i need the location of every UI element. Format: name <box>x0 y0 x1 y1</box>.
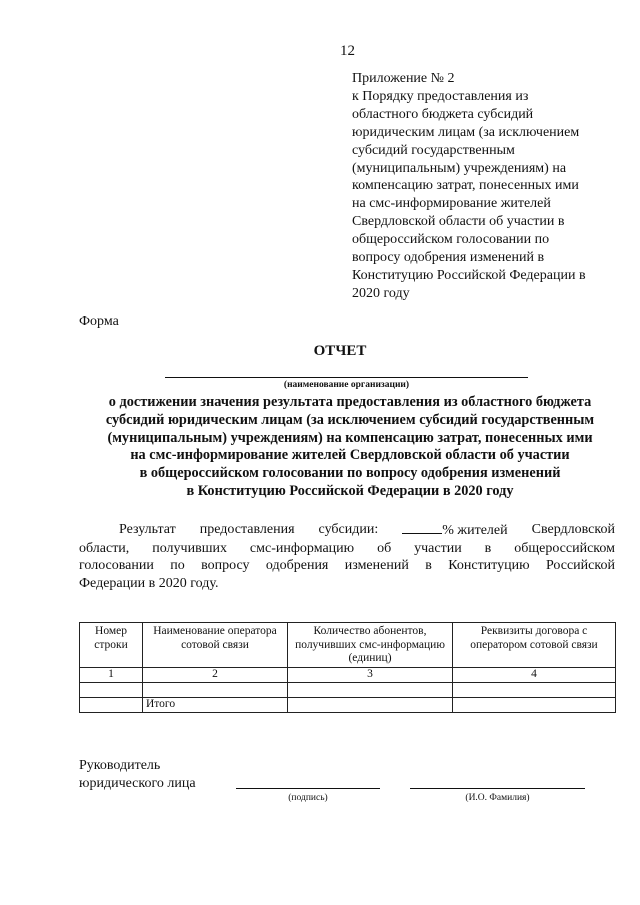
header-subscriber-count: Количество абонентов, получивших смс-инф… <box>288 623 453 668</box>
appendix-line: компенсацию затрат, понесенных ими <box>352 177 622 195</box>
name-caption: (И.О. Фамилия) <box>410 793 585 803</box>
word: области, <box>79 540 129 558</box>
result-line-3: голосовании по вопросу одобрения изменен… <box>79 557 615 575</box>
subtitle-line: в Конституцию Российской Федерации в 202… <box>70 483 630 501</box>
word: голосовании <box>79 557 154 575</box>
appendix-line: Приложение № 2 <box>352 70 622 88</box>
signatory-line: Руководитель <box>79 757 196 775</box>
word: субсидии: <box>319 521 379 540</box>
word: вопросу <box>201 557 249 575</box>
word: Конституцию <box>448 557 529 575</box>
total-label: Итого <box>143 698 288 713</box>
word: в <box>425 557 432 575</box>
subtitle-line: на смс-информирование жителей Свердловск… <box>70 447 630 465</box>
table-cell: 3 <box>288 668 453 683</box>
word: смс-информацию <box>250 540 354 558</box>
table-header-row: Номер строки Наименование оператора сото… <box>80 623 616 668</box>
percent-group: % жителей <box>402 521 507 540</box>
organization-caption: (наименование организации) <box>165 380 528 390</box>
appendix-note: Приложение № 2 к Порядку предоставления … <box>352 70 622 303</box>
word: участии <box>414 540 462 558</box>
table-cell: 2 <box>143 668 288 683</box>
result-line-4: Федерации в 2020 году. <box>79 575 615 593</box>
appendix-line: Конституцию Российской Федерации в <box>352 267 622 285</box>
header-contract-details: Реквизиты договора с оператором сотовой … <box>453 623 616 668</box>
table-cell: 4 <box>453 668 616 683</box>
appendix-line: юридическим лицам (за исключением <box>352 124 622 142</box>
subtitle-line: (муниципальным) учреждениям) на компенса… <box>70 430 630 448</box>
word: Российской <box>546 557 615 575</box>
appendix-line: общероссийском голосовании по <box>352 231 622 249</box>
report-subtitle: о достижении значения результата предост… <box>70 394 630 501</box>
signatory-label: Руководитель юридического лица <box>79 757 196 793</box>
signatory-line: юридического лица <box>79 775 196 793</box>
signature-caption: (подпись) <box>236 793 380 803</box>
word: Свердловской <box>532 521 615 540</box>
result-line-1: Результат предоставления субсидии: % жит… <box>79 521 615 540</box>
header-row-number: Номер строки <box>80 623 143 668</box>
report-title: ОТЧЕТ <box>0 343 640 360</box>
table-cell[interactable] <box>80 683 143 698</box>
appendix-line: к Порядку предоставления из <box>352 88 622 106</box>
result-paragraph: Результат предоставления субсидии: % жит… <box>79 521 615 592</box>
header-operator-name: Наименование оператора сотовой связи <box>143 623 288 668</box>
table-row <box>80 683 616 698</box>
word: предоставления <box>200 521 295 540</box>
appendix-line: 2020 году <box>352 285 622 303</box>
word: % жителей <box>442 523 507 538</box>
appendix-line: на смс-информирование жителей <box>352 195 622 213</box>
name-field[interactable] <box>410 788 585 789</box>
appendix-line: вопросу одобрения изменений в <box>352 249 622 267</box>
word: общероссийском <box>514 540 615 558</box>
word: изменений <box>345 557 409 575</box>
word: об <box>377 540 391 558</box>
table-row: 1 2 3 4 <box>80 668 616 683</box>
word: по <box>170 557 185 575</box>
result-line-2: области, получивших смс-информацию об уч… <box>79 540 615 558</box>
table-cell: 1 <box>80 668 143 683</box>
page-number: 12 <box>340 43 355 60</box>
organization-name-field[interactable] <box>165 377 528 378</box>
word: в <box>485 540 492 558</box>
table-cell[interactable] <box>453 683 616 698</box>
subtitle-line: о достижении значения результата предост… <box>70 394 630 412</box>
word: получивших <box>152 540 227 558</box>
table-cell[interactable] <box>143 683 288 698</box>
word: одобрения <box>266 557 328 575</box>
form-label: Форма <box>79 314 119 330</box>
appendix-line: субсидий государственным <box>352 142 622 160</box>
table-cell[interactable] <box>453 698 616 713</box>
report-table: Номер строки Наименование оператора сото… <box>79 622 616 713</box>
table-total-row: Итого <box>80 698 616 713</box>
subtitle-line: в общероссийском голосовании по вопросу … <box>70 465 630 483</box>
appendix-line: Свердловской области об участии в <box>352 213 622 231</box>
appendix-line: областного бюджета субсидий <box>352 106 622 124</box>
subtitle-line: субсидий юридическим лицам (за исключени… <box>70 412 630 430</box>
word: Результат <box>119 521 176 540</box>
table-cell <box>80 698 143 713</box>
appendix-line: (муниципальным) учреждениям) на <box>352 160 622 178</box>
percent-field[interactable] <box>402 521 442 534</box>
signature-field[interactable] <box>236 788 380 789</box>
table-cell[interactable] <box>288 698 453 713</box>
table-cell[interactable] <box>288 683 453 698</box>
